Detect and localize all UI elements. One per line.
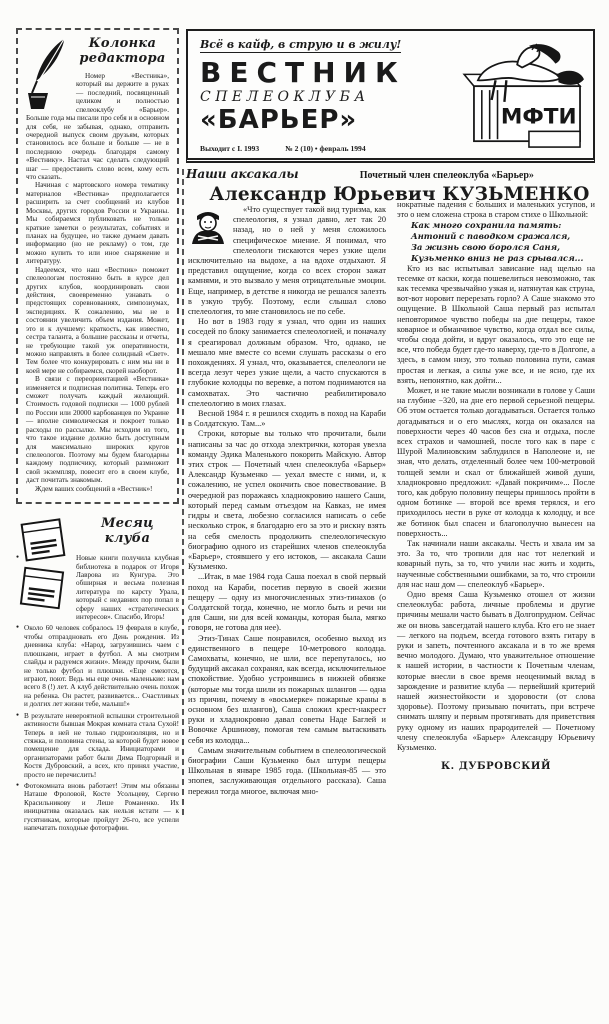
bullet-icon: ● (16, 713, 19, 719)
masthead-since: Выходит с I. 1993 (200, 144, 259, 153)
editor-paragraph: Начиная с мартовского номера тематику ма… (26, 181, 169, 265)
club-month-section: Месяц клуба ●Новые книги получила клубна… (16, 516, 179, 833)
club-month-item: ●Новые книги получила клубная библиотека… (16, 554, 179, 621)
editor-column-box: Колонка редактора Номер «Вестника», кото… (16, 28, 179, 504)
club-month-list: ●Новые книги получила клубная библиотека… (16, 554, 179, 833)
quill-pen-icon (26, 37, 70, 111)
newspaper-page: Колонка редактора Номер «Вестника», кото… (0, 0, 609, 1024)
editor-paragraph: Надеемся, что наш «Вестник» поможет спел… (26, 266, 169, 375)
article-paragraph: Весной 1984 г. я решился сходить в поход… (188, 409, 386, 429)
sidebar: Колонка редактора Номер «Вестника», кото… (16, 28, 179, 836)
article-paragraph: Так начинали наши аксакалы. Честь и хвал… (397, 539, 595, 590)
verse-line: За жизнь свою боролся Саня, (411, 242, 595, 253)
masthead-issue-row: Выходит с I. 1993 № 2 (10) • февраль 199… (200, 144, 413, 153)
club-month-item: ●Фотокомната вновь работает! Этим мы обя… (16, 782, 179, 833)
masthead-slogan: Всё в кайф, в струю и в жилу! (200, 38, 401, 53)
editor-paragraph: Ждем ваших сообщений в «Вестник»! (26, 485, 169, 493)
article-paragraph: Этиз-Тинах Саше понравился, особенно вых… (188, 634, 386, 746)
club-month-item: ●Около 60 человек собралось 19 февраля в… (16, 624, 179, 708)
column-divider-rule (182, 169, 184, 815)
article-paragraph: Одно время Саша Кузьменко отошел от жизн… (397, 590, 595, 753)
article-paragraph: Строки, которые вы только что прочитали,… (188, 429, 386, 572)
masthead-titles: Всё в кайф, в струю и в жилу! ВЕСТНИК СП… (200, 38, 413, 153)
article-paragraph: ...Итак, в мае 1984 года Саша поехал в с… (188, 572, 386, 633)
masthead: Всё в кайф, в струю и в жилу! ВЕСТНИК СП… (186, 29, 595, 163)
article-paragraph: Может, и не такие мысли возникали в голо… (397, 386, 595, 539)
bullet-icon: ● (16, 555, 19, 561)
article-rubric: Наши аксакалы (186, 167, 299, 181)
article-paragraph: Кто из вас испытывал зависание над щелью… (397, 264, 595, 386)
article-column-1: «Что существует такой вид туризма, как с… (188, 205, 386, 797)
masthead-title-barrier: «БАРЬЕР» (200, 106, 413, 135)
editor-paragraph: В связи с переориентацией «Вестника» изм… (26, 375, 169, 484)
logo-mipt-label: МФТИ (501, 104, 577, 129)
verse-line: Как много сохранила память: (411, 220, 595, 231)
article-author-signature: К. ДУБРОВСКИЙ (397, 761, 595, 773)
article-kicker: Почетный член спелеоклуба «Барьер» (299, 170, 595, 181)
article-paragraph: нократные падения с больших и маленьких … (397, 200, 595, 220)
masthead-title-vestnik: ВЕСТНИК (200, 58, 413, 87)
portrait-bust-icon (188, 207, 228, 245)
bullet-icon: ● (16, 625, 19, 631)
article-paragraph: Но вот в 1983 году я узнал, что один из … (188, 317, 386, 409)
horse-on-barrier-logo-icon: МФТИ (413, 41, 585, 151)
article-paragraph: Самым значительным событием в спелеологи… (188, 746, 386, 797)
masthead-title-speleoclub: СПЕЛЕОКЛУБА (200, 89, 413, 105)
bullet-icon: ● (16, 783, 19, 789)
masthead-issue-number: № 2 (10) • февраль 1994 (285, 144, 366, 153)
verse-line: Кузьменко вниз не раз срывался... (411, 253, 595, 264)
verse-line: Антоний с паводком сражался, (411, 231, 595, 242)
article-column-2: нократные падения с больших и маленьких … (397, 200, 595, 774)
article-verse: Как много сохранила память: Антоний с па… (397, 220, 595, 263)
club-month-item: ●В результате невероятной вспышки строит… (16, 712, 179, 779)
